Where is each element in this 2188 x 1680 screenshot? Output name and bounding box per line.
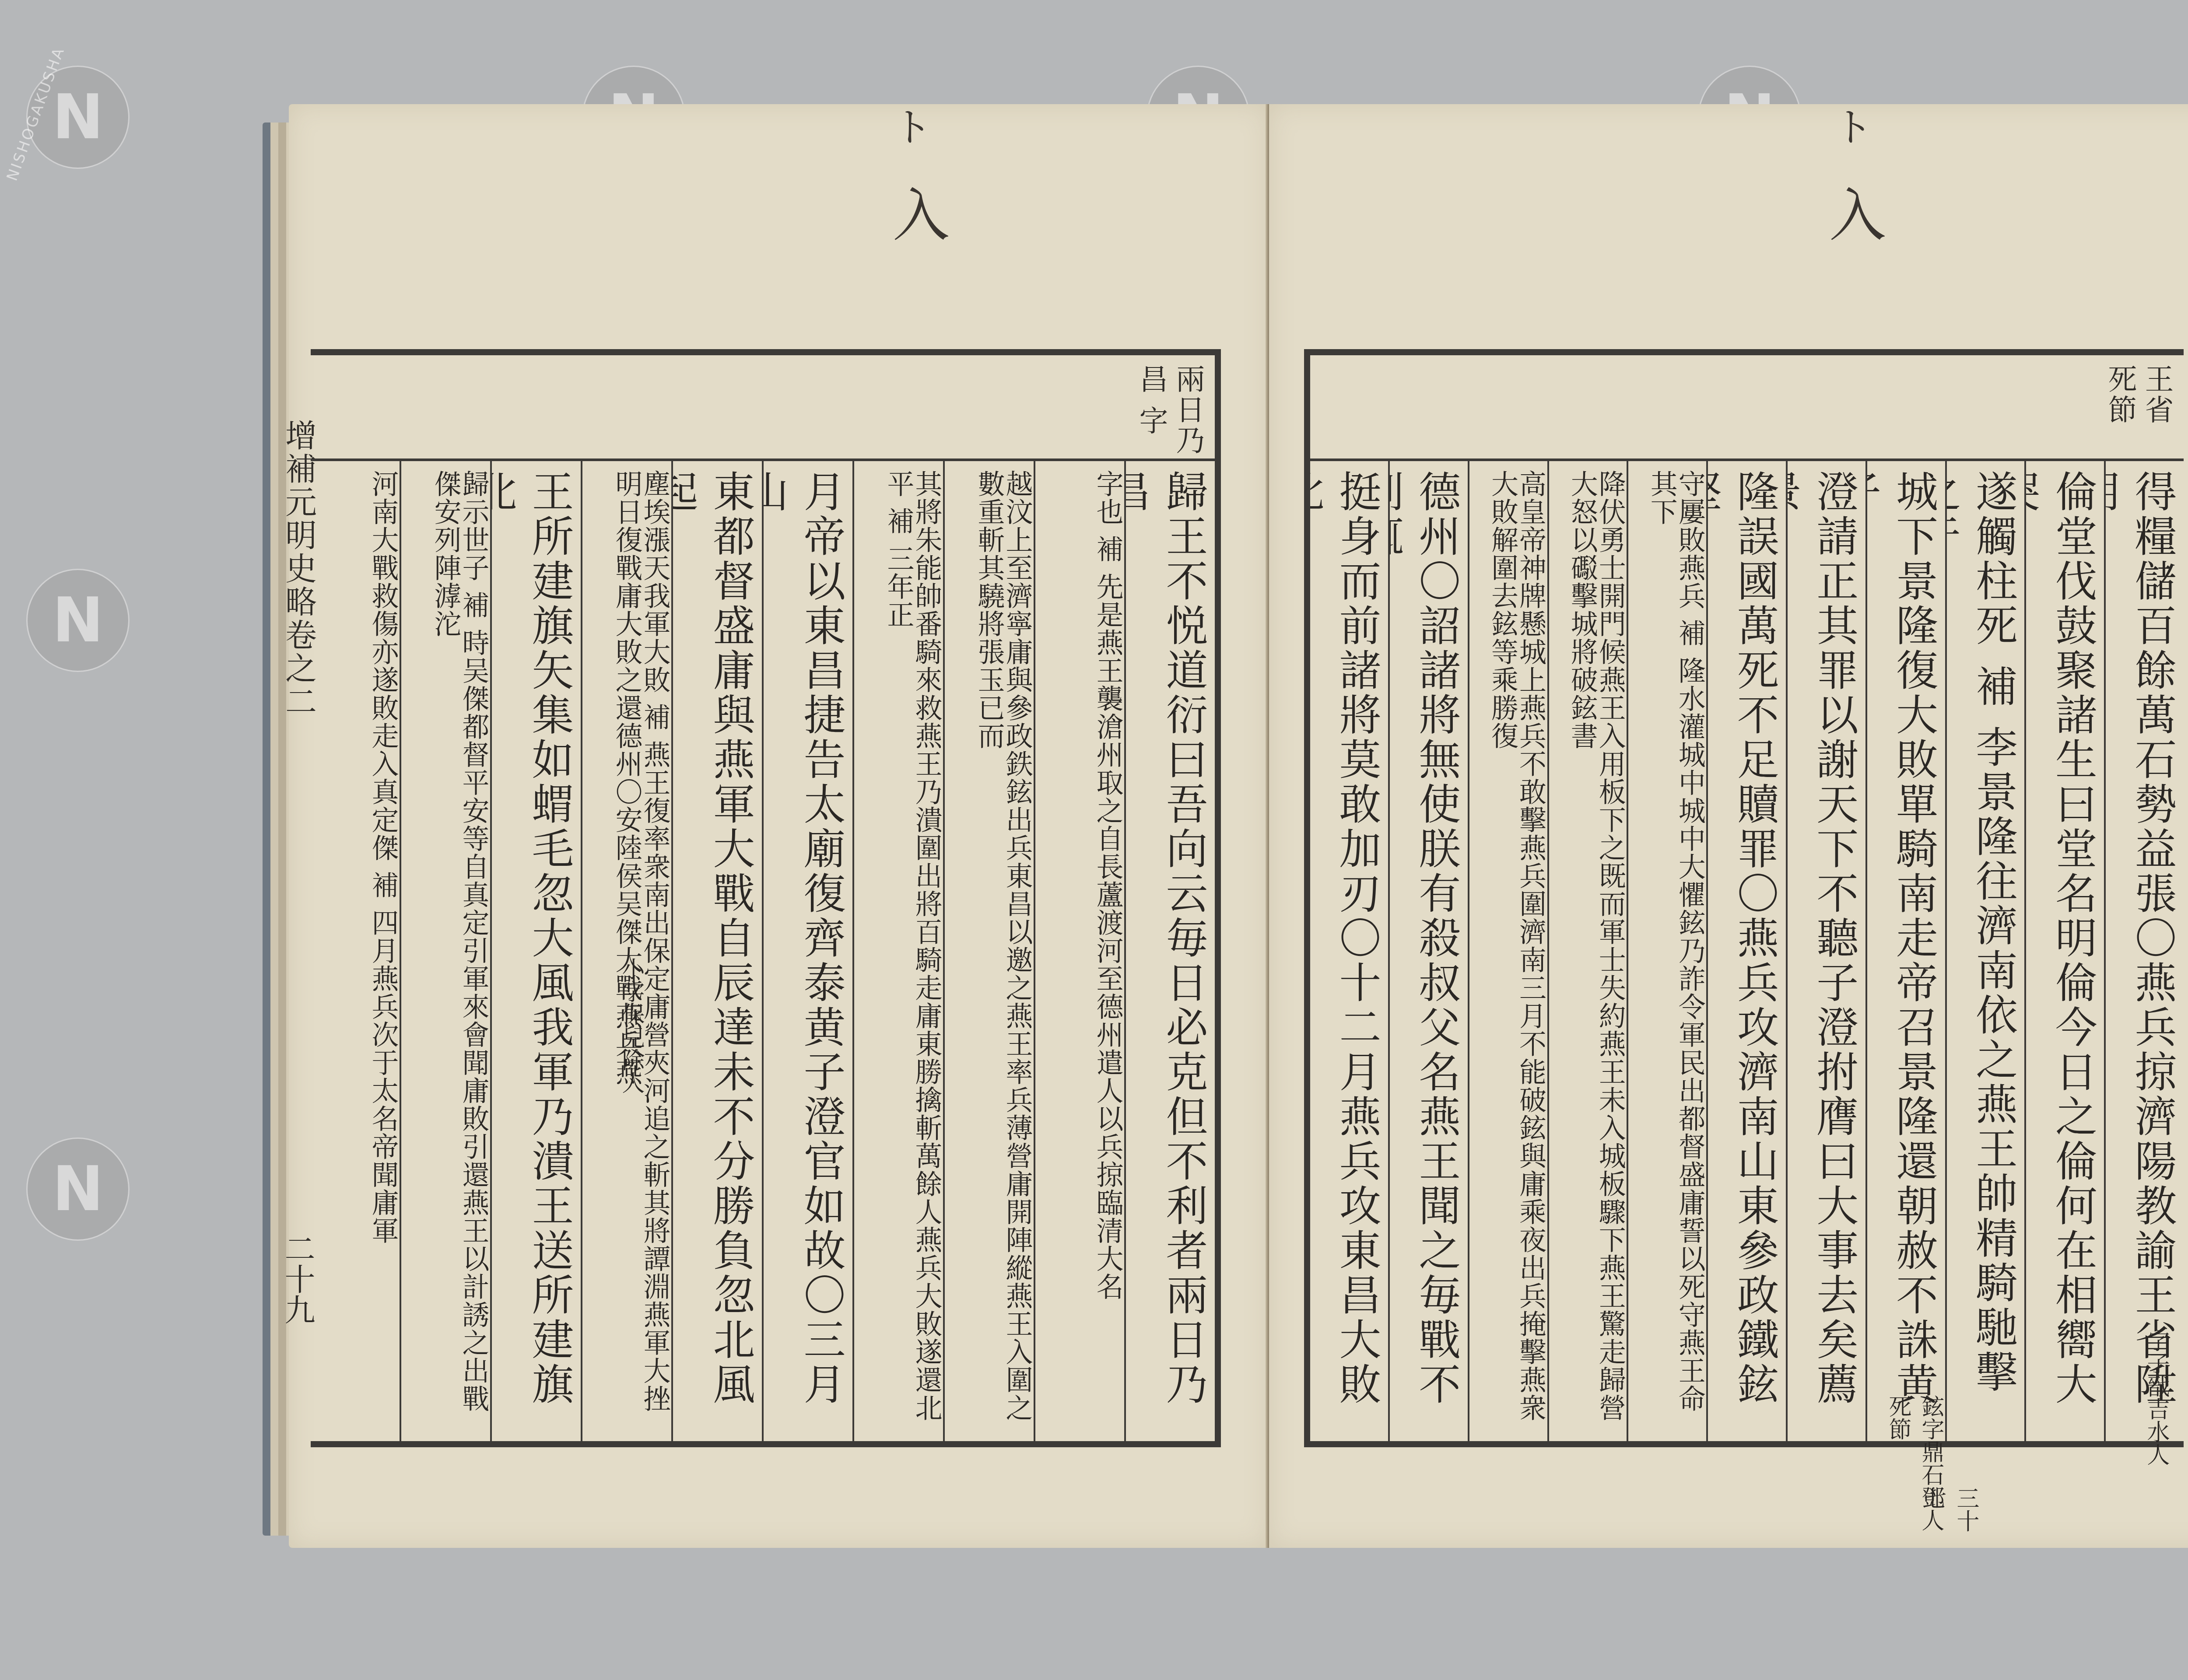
- text-column: 高皇帝神牌懸城上燕兵不敢擊燕兵圍濟南三月不能破鉉與庸乘夜出兵掩擊燕衆大敗解圍去鉉…: [1468, 461, 1547, 1441]
- text-column: 城下景隆復大敗單騎南走帝召景隆還朝赦不誅黄子: [1865, 461, 1945, 1441]
- text-column: 字也 補 先是燕王襲滄州取之自長蘆渡河至德州遣人以兵掠臨清大名: [1034, 461, 1124, 1441]
- text-column: 挺身而前諸將莫敢加刃〇十二月燕兵攻東昌大敗北: [1310, 461, 1388, 1441]
- interlinear-note: 字子戩吉水人: [2140, 1329, 2173, 1466]
- right-page: ト 入 增補元明史略卷之二 三十八 王省 死節 得糧儲百餘萬石勢益張〇燕兵掠濟陽…: [1269, 104, 2188, 1548]
- text-column: 王所建旗矢集如蝟毛忽大風我軍乃潰王送所建旗北: [490, 461, 581, 1441]
- text-column: 塵埃漲天我軍大敗 補 燕王復率衆南出保定庸營夾河追之斬其將譚淵燕軍大挫明日復戰庸…: [581, 461, 671, 1441]
- folio-bottom: 三十七: [1917, 1487, 1982, 1548]
- left-page: ト 入 增補元明史略卷之二 二十九 兩日乃昌 字 歸王不悦道衍曰吾向云毎日必克但…: [289, 104, 1269, 1548]
- text-columns: 歸王不悦道衍曰吾向云毎日必克但不利者兩日乃昌 字也 補 先是燕王襲滄州取之自長蘆…: [311, 461, 1215, 1441]
- text-columns: 得糧儲百餘萬石勢益張〇燕兵掠濟陽教諭王省陞明 倫堂伐鼓聚諸生曰堂名明倫今日之倫何…: [1310, 461, 2184, 1441]
- headnote-band: 兩日乃昌 字: [311, 355, 1215, 461]
- text-frame: 兩日乃昌 字 歸王不悦道衍曰吾向云毎日必克但不利者兩日乃昌 字也 補 先是燕王襲…: [311, 349, 1221, 1447]
- text-column: 隆誤國萬死不足贖罪〇燕兵攻濟南山東參政鐵鉉堅: [1706, 461, 1786, 1441]
- text-column: 東都督盛庸與燕軍大戰自辰達未不分勝負忽北風起: [671, 461, 762, 1441]
- text-column: 歸示世子 補 時吴傑都督平安等自真定引軍來會聞庸敗引還燕王以計誘之出戰傑安列陣滹…: [400, 461, 490, 1441]
- text-frame: 王省 死節 得糧儲百餘萬石勢益張〇燕兵掠濟陽教諭王省陞明 倫堂伐鼓聚諸生曰堂名明…: [1304, 349, 2184, 1447]
- text-column: 降伏勇士開門候燕王入用板下之既而軍士失約燕王未入城板驟下燕王驚走歸營大怒以礟擊城…: [1547, 461, 1627, 1441]
- text-column: 倫堂伐鼓聚諸生曰堂名明倫今日之倫何在相嚮大哭: [2024, 461, 2104, 1441]
- text-column: 河南大戰救傷亦遂敗走入真定傑 補 四月燕兵次于太名帝聞庸軍: [311, 461, 400, 1441]
- text-column: 其將朱能帥番騎來救燕王乃潰圍出將百騎走庸東勝擒斬萬餘人燕兵大敗遂還北平 補 三年…: [852, 461, 943, 1441]
- open-book: ト 入 增補元明史略卷之二 二十九 兩日乃昌 字 歸王不悦道衍曰吾向云毎日必克但…: [263, 101, 2188, 1566]
- headnote: 王省 死節: [2101, 364, 2175, 458]
- text-column: 遂觸柱死 補 李景隆往濟南依之燕王帥精騎馳擊之于: [1945, 461, 2025, 1441]
- text-column: 越汶上至濟寧庸與參政鉄鉉出兵東昌以邀之燕王率兵薄營庸開陣縱燕王入圍之數重斬其驍將…: [943, 461, 1034, 1441]
- top-mark: ト: [893, 95, 932, 152]
- text-column: 得糧儲百餘萬石勢益張〇燕兵掠濟陽教諭王省陞明: [2104, 461, 2184, 1441]
- watermark-logo-icon: N: [26, 569, 130, 672]
- headnote: 兩日乃昌 字: [1133, 364, 1206, 458]
- text-column: 月帝以東昌捷告太廟復齊泰黄子澄官如故〇三月山: [762, 461, 852, 1441]
- interlinear-note: 小字保兒除人: [615, 957, 648, 1094]
- text-column: 守屢敗燕兵 補 隆水灌城中城中大懼鉉乃詐令軍民出都督盛庸誓以死守燕王命其下: [1627, 461, 1706, 1441]
- text-column: 澄請正其罪以謝天下不聽子澄拊膺曰大事去矣薦景: [1786, 461, 1865, 1441]
- top-mark: 入: [893, 170, 950, 252]
- text-column: 德州〇詔諸將無使朕有殺叔父名燕王聞之毎戰不利輒: [1388, 461, 1468, 1441]
- text-column: 歸王不悦道衍曰吾向云毎日必克但不利者兩日乃昌: [1124, 461, 1215, 1441]
- watermark-logo-icon: N: [26, 1137, 130, 1241]
- top-mark: ト: [1834, 95, 1873, 152]
- headnote-band: 王省 死節: [1310, 355, 2184, 461]
- top-mark: 入: [1829, 170, 1886, 252]
